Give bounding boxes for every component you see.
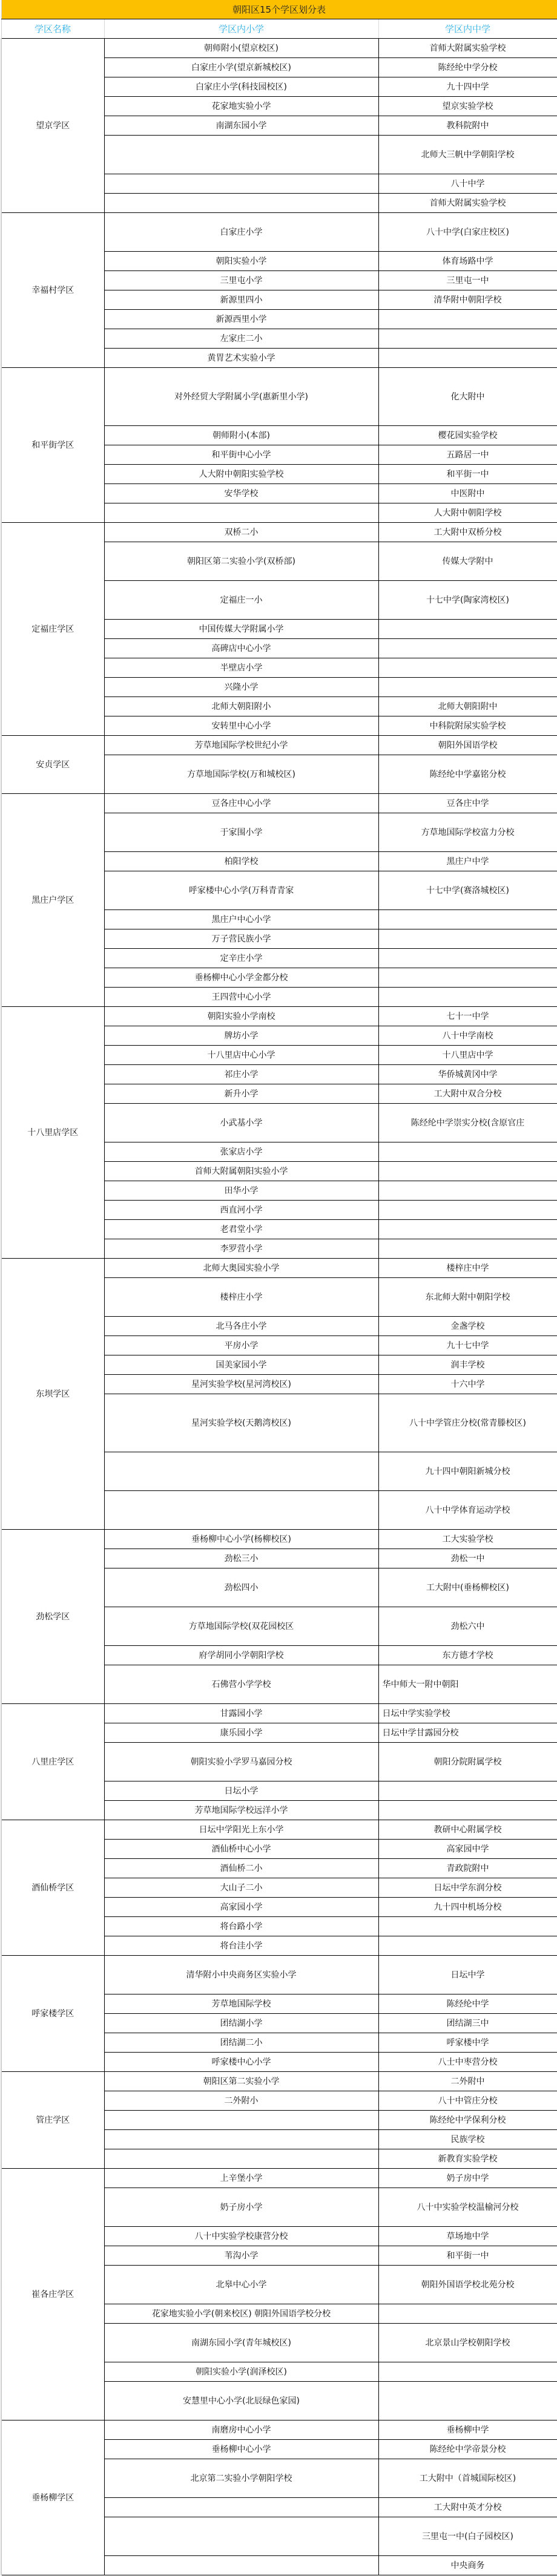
primary-school-cell: 高家园小学 xyxy=(104,1898,378,1917)
middle-school-cell xyxy=(378,1801,557,1820)
primary-school-cell: 人大附中朝阳实验学校 xyxy=(104,465,378,484)
table-row: 十八里店学区朝阳实验小学南校七十一中学 xyxy=(1,1007,557,1026)
district-name: 十八里店学区 xyxy=(1,1007,104,1259)
middle-school-cell: 九十四中学 xyxy=(378,77,557,97)
middle-school-cell: 八十中学(白家庄校区) xyxy=(378,213,557,252)
middle-school-cell: 北师大三帆中学朝阳学校 xyxy=(378,136,557,174)
table-row: 和平街学区对外经贸大学附属小学(惠新里小学)化大附中 xyxy=(1,368,557,426)
primary-school-cell: 朝阳实验小学(润泽校区) xyxy=(104,2362,378,2382)
middle-school-cell: 黑庄户中学 xyxy=(378,852,557,871)
middle-school-cell: 中央商务 xyxy=(378,2556,557,2575)
primary-school-cell: 上辛堡小学 xyxy=(104,2169,378,2188)
primary-school-cell: 田华小学 xyxy=(104,1181,378,1201)
middle-school-cell xyxy=(378,949,557,968)
table-row: 定福庄学区双桥二小工大附中双桥分校 xyxy=(1,523,557,542)
middle-school-cell: 东北师大附中朝阳学校 xyxy=(378,1278,557,1317)
middle-school-cell: 九十四中机场分校 xyxy=(378,1898,557,1917)
middle-school-cell: 工大附中双合分校 xyxy=(378,1084,557,1104)
primary-school-cell: 万子营民族小学 xyxy=(104,929,378,949)
middle-school-cell xyxy=(378,1239,557,1259)
middle-school-cell: 团结湖三中 xyxy=(378,2014,557,2033)
middle-school-cell: 七十一中学 xyxy=(378,1007,557,1026)
primary-school-cell: 花家地实验小学 xyxy=(104,97,378,116)
primary-school-cell xyxy=(104,194,378,213)
primary-school-cell: 北马各庄小学 xyxy=(104,1317,378,1336)
primary-school-cell: 日坛中学阳光上东小学 xyxy=(104,1820,378,1840)
primary-school-cell: 康乐园小学 xyxy=(104,1723,378,1743)
column-header-middle: 学区内中学 xyxy=(378,19,557,39)
primary-school-cell: 平房小学 xyxy=(104,1336,378,1355)
district-name: 酒仙桥学区 xyxy=(1,1820,104,1956)
middle-school-cell xyxy=(378,2362,557,2382)
table-row: 安贞学区芳草地国际学校世纪小学朝阳外国语学校 xyxy=(1,736,557,755)
table-row: 垂杨柳学区南磨房中心小学垂杨柳中学 xyxy=(1,2420,557,2440)
primary-school-cell: 方草地国际学校(双花园校区 xyxy=(104,1607,378,1646)
primary-school-cell: 兴隆小学 xyxy=(104,678,378,697)
middle-school-cell: 日坛中学东润分校 xyxy=(378,1878,557,1898)
primary-school-cell: 朝阳实验小学罗马嘉园分校 xyxy=(104,1743,378,1781)
middle-school-cell: 八士中枣营分校 xyxy=(378,2053,557,2072)
middle-school-cell: 八十中实验学校温榆河分校 xyxy=(378,2188,557,2227)
primary-school-cell: 白家庄小学(望京新城校区) xyxy=(104,58,378,77)
middle-school-cell xyxy=(378,929,557,949)
primary-school-cell xyxy=(104,2517,378,2556)
middle-school-cell: 陈经纶中学保利分校 xyxy=(378,2111,557,2130)
middle-school-cell: 体育场路中学 xyxy=(378,252,557,271)
primary-school-cell: 定辛庄小学 xyxy=(104,949,378,968)
middle-school-cell: 豆各庄中学 xyxy=(378,794,557,813)
primary-school-cell xyxy=(104,2498,378,2517)
middle-school-cell: 华侨城黄冈中学 xyxy=(378,1065,557,1084)
primary-school-cell: 朝阳实验小学南校 xyxy=(104,1007,378,1026)
middle-school-cell: 北师大朝阳附中 xyxy=(378,697,557,716)
middle-school-cell: 奶子房中学 xyxy=(378,2169,557,2188)
primary-school-cell: 星河实验学校(天鹅湾校区) xyxy=(104,1394,378,1452)
middle-school-cell: 教科院附中 xyxy=(378,116,557,136)
middle-school-cell: 北京景山学校朝阳学校 xyxy=(378,2324,557,2362)
primary-school-cell xyxy=(104,174,378,194)
middle-school-cell xyxy=(378,2382,557,2420)
middle-school-cell: 十八里店中学 xyxy=(378,1046,557,1065)
middle-school-cell: 首师大附属实验学校 xyxy=(378,194,557,213)
primary-school-cell: 垂杨柳中心小学(杨柳校区) xyxy=(104,1530,378,1549)
primary-school-cell: 新升小学 xyxy=(104,1084,378,1104)
primary-school-cell xyxy=(104,1491,378,1530)
primary-school-cell: 垂杨柳中心小学 xyxy=(104,2440,378,2459)
primary-school-cell: 二外附小 xyxy=(104,2091,378,2111)
middle-school-cell: 工大附中（首城国际校区) xyxy=(378,2459,557,2498)
primary-school-cell: 大山子二小 xyxy=(104,1878,378,1898)
primary-school-cell: 牌坊小学 xyxy=(104,1026,378,1046)
middle-school-cell xyxy=(378,1917,557,1936)
primary-school-cell: 柏阳学校 xyxy=(104,852,378,871)
primary-school-cell: 南湖东园小学 xyxy=(104,116,378,136)
middle-school-cell: 金盏学校 xyxy=(378,1317,557,1336)
primary-school-cell: 芳草地国际学校远洋小学 xyxy=(104,1801,378,1820)
primary-school-cell: 呼家楼中心小学 xyxy=(104,2053,378,2072)
middle-school-cell: 中科院附尿实验学校 xyxy=(378,716,557,736)
district-name: 管庄学区 xyxy=(1,2072,104,2169)
middle-school-cell: 教研中心附属学校 xyxy=(378,1820,557,1840)
middle-school-cell: 润丰学校 xyxy=(378,1355,557,1375)
middle-school-cell: 樱花园实验学校 xyxy=(378,426,557,445)
primary-school-cell: 朝师附小(本部) xyxy=(104,426,378,445)
middle-school-cell: 陈经纶中学帝景分校 xyxy=(378,2440,557,2459)
middle-school-cell: 和平街一中 xyxy=(378,2246,557,2266)
primary-school-cell: 双桥二小 xyxy=(104,523,378,542)
primary-school-cell: 左家庄二小 xyxy=(104,329,378,349)
table-title-row: 朝阳区15个学区划分表 xyxy=(1,0,557,19)
table-row: 呼家楼学区清华附小中央商务区实验小学日坛中学 xyxy=(1,1956,557,1994)
middle-school-cell: 八十中学 xyxy=(378,174,557,194)
district-name: 呼家楼学区 xyxy=(1,1956,104,2072)
middle-school-cell xyxy=(378,1142,557,1162)
middle-school-cell: 朝阳外国语学校 xyxy=(378,736,557,755)
primary-school-cell: 十八里店中心小学 xyxy=(104,1046,378,1065)
primary-school-cell: 团结湖二小 xyxy=(104,2033,378,2053)
middle-school-cell xyxy=(378,1781,557,1801)
primary-school-cell xyxy=(104,2130,378,2149)
primary-school-cell: 苇沟小学 xyxy=(104,2246,378,2266)
primary-school-cell: 朝阳区第二实验小学 xyxy=(104,2072,378,2091)
middle-school-cell xyxy=(378,1220,557,1239)
primary-school-cell: 黑庄户中心小学 xyxy=(104,910,378,929)
middle-school-cell xyxy=(378,678,557,697)
middle-school-cell: 日坛中学甘露园分校 xyxy=(378,1723,557,1743)
primary-school-cell: 南湖东园小学(青年城校区) xyxy=(104,2324,378,2362)
table-row: 八里庄学区甘露园小学日坛中学实验学校 xyxy=(1,1704,557,1723)
middle-school-cell: 十七中学(陶家湾校区) xyxy=(378,581,557,620)
middle-school-cell: 工大附中双桥分校 xyxy=(378,523,557,542)
district-name: 东坝学区 xyxy=(1,1259,104,1530)
district-name: 黑庄户学区 xyxy=(1,794,104,1007)
primary-school-cell xyxy=(104,136,378,174)
middle-school-cell: 人大附中朝阳学校 xyxy=(378,503,557,523)
middle-school-cell: 东方德才学校 xyxy=(378,1646,557,1665)
table-row: 东坝学区北师大奥园实验小学楼梓庄中学 xyxy=(1,1259,557,1278)
primary-school-cell: 定福庄一小 xyxy=(104,581,378,620)
middle-school-cell xyxy=(378,349,557,368)
primary-school-cell: 北师大奥园实验小学 xyxy=(104,1259,378,1278)
district-name: 安贞学区 xyxy=(1,736,104,794)
middle-school-cell: 九十七中学 xyxy=(378,1336,557,1355)
primary-school-cell: 国美家园小学 xyxy=(104,1355,378,1375)
middle-school-cell: 草场地中学 xyxy=(378,2227,557,2246)
primary-school-cell: 安慧里中心小学(北辰绿色家园) xyxy=(104,2382,378,2420)
column-header-primary: 学区内小学 xyxy=(104,19,378,39)
primary-school-cell: 酒仙桥二小 xyxy=(104,1859,378,1878)
middle-school-cell: 陈经纶中学崇实分校(含原官庄 xyxy=(378,1104,557,1142)
middle-school-cell: 工大实验学校 xyxy=(378,1530,557,1549)
middle-school-cell: 新教育实验学校 xyxy=(378,2149,557,2169)
middle-school-cell: 青政院附中 xyxy=(378,1859,557,1878)
primary-school-cell: 中国传媒大学附属小学 xyxy=(104,620,378,639)
primary-school-cell: 呼家楼中心小学(万科青青家 xyxy=(104,871,378,910)
primary-school-cell: 老君堂小学 xyxy=(104,1220,378,1239)
district-name: 垂杨柳学区 xyxy=(1,2420,104,2575)
middle-school-cell: 化大附中 xyxy=(378,368,557,426)
primary-school-cell: 奶子房小学 xyxy=(104,2188,378,2227)
primary-school-cell: 楼梓庄小学 xyxy=(104,1278,378,1317)
primary-school-cell: 北师大朝阳附小 xyxy=(104,697,378,716)
primary-school-cell xyxy=(104,2556,378,2575)
table-row: 劲松学区垂杨柳中心小学(杨柳校区)工大实验学校 xyxy=(1,1530,557,1549)
middle-school-cell xyxy=(378,1201,557,1220)
middle-school-cell: 望京实验学校 xyxy=(378,97,557,116)
primary-school-cell: 半壁店小学 xyxy=(104,658,378,678)
middle-school-cell xyxy=(378,1162,557,1181)
primary-school-cell: 高碑店中心小学 xyxy=(104,639,378,658)
middle-school-cell xyxy=(378,2304,557,2324)
primary-school-cell: 豆各庄中心小学 xyxy=(104,794,378,813)
primary-school-cell xyxy=(104,2149,378,2169)
primary-school-cell: 垂杨柳中心小学金都分校 xyxy=(104,968,378,988)
primary-school-cell: 张家店小学 xyxy=(104,1142,378,1162)
table-row: 酒仙桥学区日坛中学阳光上东小学教研中心附属学校 xyxy=(1,1820,557,1840)
primary-school-cell: 西直河小学 xyxy=(104,1201,378,1220)
district-name: 望京学区 xyxy=(1,39,104,213)
primary-school-cell: 日坛小学 xyxy=(104,1781,378,1801)
middle-school-cell: 五路居一中 xyxy=(378,445,557,465)
middle-school-cell: 八十中学南校 xyxy=(378,1026,557,1046)
primary-school-cell: 三里屯小学 xyxy=(104,271,378,290)
primary-school-cell: 劲松四小 xyxy=(104,1568,378,1607)
primary-school-cell: 清华附小中央商务区实验小学 xyxy=(104,1956,378,1994)
middle-school-cell: 九十四中朝阳新城分校 xyxy=(378,1452,557,1491)
middle-school-cell: 八十中学管庄分校(常青滕校区) xyxy=(378,1394,557,1452)
primary-school-cell: 黄胃艺术实验小学 xyxy=(104,349,378,368)
middle-school-cell: 陈经纶中学 xyxy=(378,1994,557,2014)
primary-school-cell: 安转里中心小学 xyxy=(104,716,378,736)
middle-school-cell: 十七中学(赛洛城校区) xyxy=(378,871,557,910)
middle-school-cell: 十六中学 xyxy=(378,1375,557,1394)
district-name: 八里庄学区 xyxy=(1,1704,104,1820)
primary-school-cell: 和平街中心小学 xyxy=(104,445,378,465)
primary-school-cell: 花家地实验小学(朝来校区) 朝阳外国语学校分校 xyxy=(104,2304,378,2324)
middle-school-cell: 陈经纶中学分校 xyxy=(378,58,557,77)
middle-school-cell: 朝阳分院附属学校 xyxy=(378,1743,557,1781)
middle-school-cell: 八十中学体育运动学校 xyxy=(378,1491,557,1530)
middle-school-cell xyxy=(378,910,557,929)
primary-school-cell: 安华学校 xyxy=(104,484,378,503)
middle-school-cell xyxy=(378,1936,557,1956)
primary-school-cell: 芳草地国际学校 xyxy=(104,1994,378,2014)
primary-school-cell: 北京第二实验小学朝阳学校 xyxy=(104,2459,378,2498)
middle-school-cell xyxy=(378,1181,557,1201)
primary-school-cell: 小武基小学 xyxy=(104,1104,378,1142)
primary-school-cell xyxy=(104,1452,378,1491)
primary-school-cell: 北皋中心小学 xyxy=(104,2266,378,2304)
school-district-table: 朝阳区15个学区划分表 学区名称 学区内小学 学区内中学 望京学区朝师附小(望京… xyxy=(1,0,557,2575)
middle-school-cell xyxy=(378,988,557,1007)
table-body: 望京学区朝师附小(望京校区)首师大附属实验学校白家庄小学(望京新城校区)陈经纶中… xyxy=(1,39,557,2575)
primary-school-cell: 朝师附小(望京校区) xyxy=(104,39,378,58)
column-header-district: 学区名称 xyxy=(1,19,104,39)
table-row: 管庄学区朝阳区第二实验小学二外附中 xyxy=(1,2072,557,2091)
primary-school-cell: 酒仙桥中心小学 xyxy=(104,1840,378,1859)
district-name: 定福庄学区 xyxy=(1,523,104,736)
primary-school-cell: 白家庄小学 xyxy=(104,213,378,252)
primary-school-cell: 劲松三小 xyxy=(104,1549,378,1568)
middle-school-cell xyxy=(378,310,557,329)
primary-school-cell: 新源里四小 xyxy=(104,290,378,310)
table-title: 朝阳区15个学区划分表 xyxy=(1,0,557,19)
middle-school-cell: 工大附中(垂杨柳校区) xyxy=(378,1568,557,1607)
middle-school-cell: 传媒大学附中 xyxy=(378,542,557,581)
primary-school-cell: 将台路小学 xyxy=(104,1917,378,1936)
middle-school-cell: 日坛中学实验学校 xyxy=(378,1704,557,1723)
primary-school-cell: 团结湖小学 xyxy=(104,2014,378,2033)
middle-school-cell: 民族学校 xyxy=(378,2130,557,2149)
primary-school-cell: 芳草地国际学校世纪小学 xyxy=(104,736,378,755)
middle-school-cell: 陈经纶中学嘉铭分校 xyxy=(378,755,557,794)
primary-school-cell: 朝阳区第二实验小学(双桥部) xyxy=(104,542,378,581)
middle-school-cell: 劲松六中 xyxy=(378,1607,557,1646)
primary-school-cell: 石佛营小学学校 xyxy=(104,1665,378,1704)
district-name: 幸福村学区 xyxy=(1,213,104,368)
primary-school-cell: 白家庄小学(科技园校区) xyxy=(104,77,378,97)
table-row: 崔各庄学区上辛堡小学奶子房中学 xyxy=(1,2169,557,2188)
middle-school-cell xyxy=(378,658,557,678)
primary-school-cell: 甘露园小学 xyxy=(104,1704,378,1723)
primary-school-cell: 南磨房中心小学 xyxy=(104,2420,378,2440)
middle-school-cell: 楼梓庄中学 xyxy=(378,1259,557,1278)
primary-school-cell: 八十中实验学校康营分校 xyxy=(104,2227,378,2246)
primary-school-cell: 于家围小学 xyxy=(104,813,378,852)
middle-school-cell: 中医附中 xyxy=(378,484,557,503)
middle-school-cell: 三里屯一中(白子园校区) xyxy=(378,2517,557,2556)
middle-school-cell: 日坛中学 xyxy=(378,1956,557,1994)
primary-school-cell: 将台洼小学 xyxy=(104,1936,378,1956)
primary-school-cell: 星河实验学校(星河湾校区) xyxy=(104,1375,378,1394)
middle-school-cell: 三里屯一中 xyxy=(378,271,557,290)
district-name: 崔各庄学区 xyxy=(1,2169,104,2420)
middle-school-cell: 华中师大一附中朝阳 xyxy=(378,1665,557,1704)
middle-school-cell xyxy=(378,639,557,658)
middle-school-cell xyxy=(378,620,557,639)
middle-school-cell: 工大附中英才分校 xyxy=(378,2498,557,2517)
district-name: 和平街学区 xyxy=(1,368,104,523)
middle-school-cell: 二外附中 xyxy=(378,2072,557,2091)
primary-school-cell xyxy=(104,503,378,523)
table-row: 幸福村学区白家庄小学八十中学(白家庄校区) xyxy=(1,213,557,252)
primary-school-cell: 首师大附属朝阳实验小学 xyxy=(104,1162,378,1181)
primary-school-cell: 府学胡同小学朝阳学校 xyxy=(104,1646,378,1665)
primary-school-cell: 朝阳实验小学 xyxy=(104,252,378,271)
middle-school-cell xyxy=(378,968,557,988)
primary-school-cell: 对外经贸大学附属小学(惠新里小学) xyxy=(104,368,378,426)
middle-school-cell xyxy=(378,329,557,349)
primary-school-cell xyxy=(104,2111,378,2130)
column-header-row: 学区名称 学区内小学 学区内中学 xyxy=(1,19,557,39)
middle-school-cell: 劲松一中 xyxy=(378,1549,557,1568)
table-row: 望京学区朝师附小(望京校区)首师大附属实验学校 xyxy=(1,39,557,58)
primary-school-cell: 王四营中心小学 xyxy=(104,988,378,1007)
primary-school-cell: 方草地国际学校(万和城校区) xyxy=(104,755,378,794)
middle-school-cell: 垂杨柳中学 xyxy=(378,2420,557,2440)
middle-school-cell: 首师大附属实验学校 xyxy=(378,39,557,58)
primary-school-cell: 李罗营小学 xyxy=(104,1239,378,1259)
primary-school-cell: 祁庄小学 xyxy=(104,1065,378,1084)
district-name: 劲松学区 xyxy=(1,1530,104,1704)
middle-school-cell: 高家园中学 xyxy=(378,1840,557,1859)
middle-school-cell: 朝阳外国语学校北苑分校 xyxy=(378,2266,557,2304)
middle-school-cell: 呼家楼中学 xyxy=(378,2033,557,2053)
middle-school-cell: 八十中管庄分校 xyxy=(378,2091,557,2111)
middle-school-cell: 清华附中朝阳学校 xyxy=(378,290,557,310)
primary-school-cell: 新源西里小学 xyxy=(104,310,378,329)
middle-school-cell: 和平街一中 xyxy=(378,465,557,484)
table-row: 黑庄户学区豆各庄中心小学豆各庄中学 xyxy=(1,794,557,813)
middle-school-cell: 方草地国际学校富力分校 xyxy=(378,813,557,852)
